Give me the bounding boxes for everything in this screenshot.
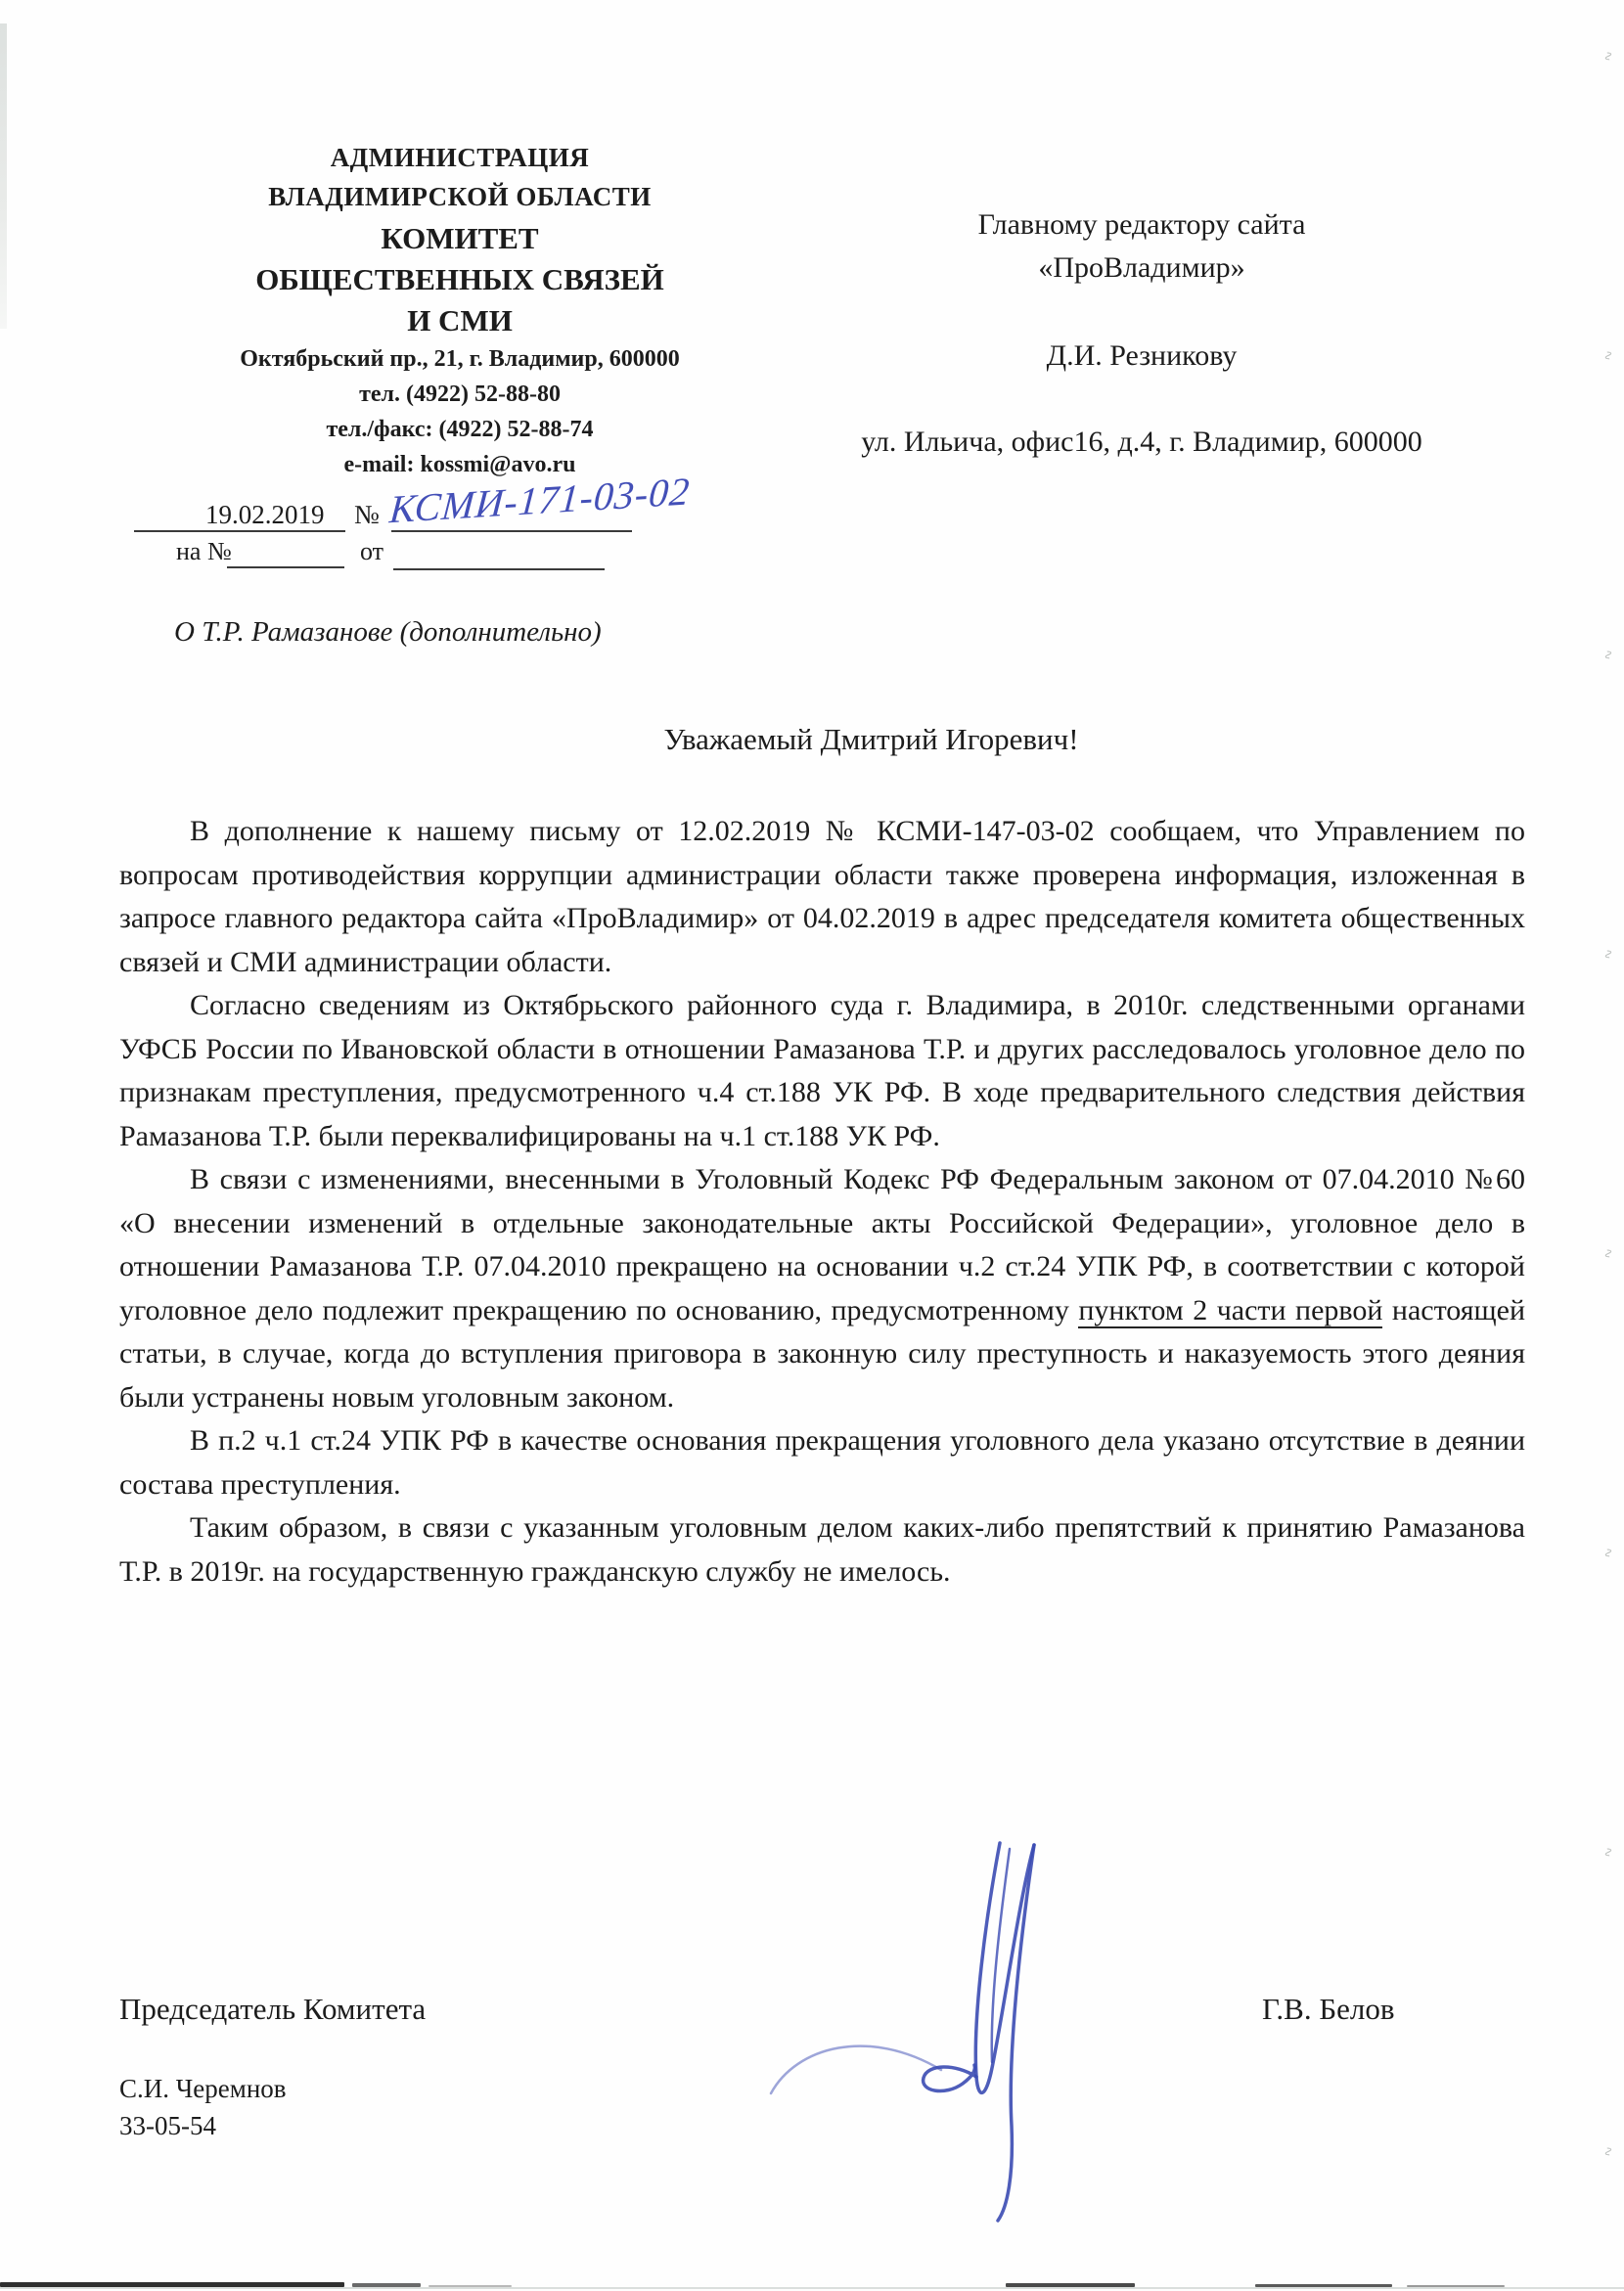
paragraph-5: Таким образом, в связи с указанным уголо… — [119, 1506, 1525, 1594]
scan-right-edge-mark: ∿ — [1600, 349, 1616, 362]
scan-bottom-streak — [429, 2285, 512, 2287]
executor-phone: 33-05-54 — [119, 2111, 216, 2141]
scan-bottom-streak — [0, 2282, 344, 2287]
scan-bottom-streak — [352, 2283, 421, 2287]
recipient-address: ул. Ильича, офис16, д.4, г. Владимир, 60… — [750, 427, 1533, 457]
scan-right-edge-mark: ∿ — [1600, 2145, 1616, 2158]
paragraph-1: В дополнение к нашему письму от 12.02.20… — [119, 810, 1525, 984]
paragraph-3-underlined-phrase: пунктом 2 части первой — [1078, 1294, 1382, 1328]
recipient-line1: Главному редактору сайта — [750, 210, 1533, 240]
paragraph-2: Согласно сведениям из Октябрьского район… — [119, 984, 1525, 1158]
scanned-letter-page: ∿ ∿ ∿ ∿ ∿ ∿ ∿ ∿ АДМИНИСТРАЦИЯ ВЛАДИМИРСК… — [0, 0, 1624, 2291]
salutation: Уважаемый Дмитрий Игоревич! — [119, 722, 1525, 757]
ref-date: 19.02.2019 — [205, 500, 325, 530]
scan-right-edge-mark: ∿ — [1600, 948, 1616, 961]
letterhead-address: Октябрьский пр., 21, г. Владимир, 600000 — [137, 347, 783, 371]
signer-position: Председатель Комитета — [119, 1992, 426, 2027]
scan-bottom-edge-artifact — [0, 2287, 1624, 2289]
scan-bottom-streak — [1255, 2284, 1392, 2287]
letterhead-committee-line3: И СМИ — [137, 305, 783, 336]
scan-bottom-streak — [1006, 2283, 1135, 2287]
letter-body: В дополнение к нашему письму от 12.02.20… — [119, 810, 1525, 1594]
recipient-line2: «ПроВладимир» — [750, 253, 1533, 283]
letterhead-org-line1: АДМИНИСТРАЦИЯ — [137, 145, 783, 171]
letterhead: АДМИНИСТРАЦИЯ ВЛАДИМИРСКОЙ ОБЛАСТИ КОМИТ… — [137, 145, 783, 476]
letterhead-committee-line1: КОМИТЕТ — [137, 223, 783, 253]
scan-right-edge-mark: ∿ — [1600, 649, 1616, 661]
scan-bottom-streak — [1407, 2285, 1505, 2287]
scan-right-edge-mark: ∿ — [1600, 1547, 1616, 1559]
ref-from-line — [393, 539, 605, 570]
recipient-name: Д.И. Резникову — [750, 341, 1533, 371]
scan-right-edge-mark: ∿ — [1600, 1846, 1616, 1859]
ref-number-label: № — [354, 500, 380, 530]
ref-from-label: от — [360, 537, 383, 566]
ref-number-handwritten: КСМИ-171-03-02 — [387, 469, 684, 533]
ref-reply-line — [227, 537, 344, 568]
ref-reply-label: на № — [176, 537, 232, 566]
scan-right-edge-mark: ∿ — [1600, 1247, 1616, 1260]
subject-line: О Т.Р. Рамазанове (дополнительно) — [174, 616, 602, 649]
letterhead-org-line2: ВЛАДИМИРСКОЙ ОБЛАСТИ — [137, 184, 783, 210]
paragraph-3: В связи с изменениями, внесенными в Угол… — [119, 1158, 1525, 1419]
paragraph-4: В п.2 ч.1 ст.24 УПК РФ в качестве основа… — [119, 1419, 1525, 1506]
scan-left-edge-artifact — [0, 23, 7, 329]
letterhead-fax: тел./факс: (4922) 52-88-74 — [137, 418, 783, 441]
signer-name: Г.В. Белов — [1262, 1992, 1395, 2027]
executor-name: С.И. Черемнов — [119, 2074, 287, 2104]
scan-right-edge-mark: ∿ — [1600, 50, 1616, 63]
handwritten-signature — [753, 1837, 1174, 2224]
letterhead-committee-line2: ОБЩЕСТВЕННЫХ СВЯЗЕЙ — [137, 264, 783, 294]
letterhead-phone: тел. (4922) 52-88-80 — [137, 382, 783, 406]
recipient-block: Главному редактору сайта «ПроВладимир» Д… — [750, 210, 1533, 457]
